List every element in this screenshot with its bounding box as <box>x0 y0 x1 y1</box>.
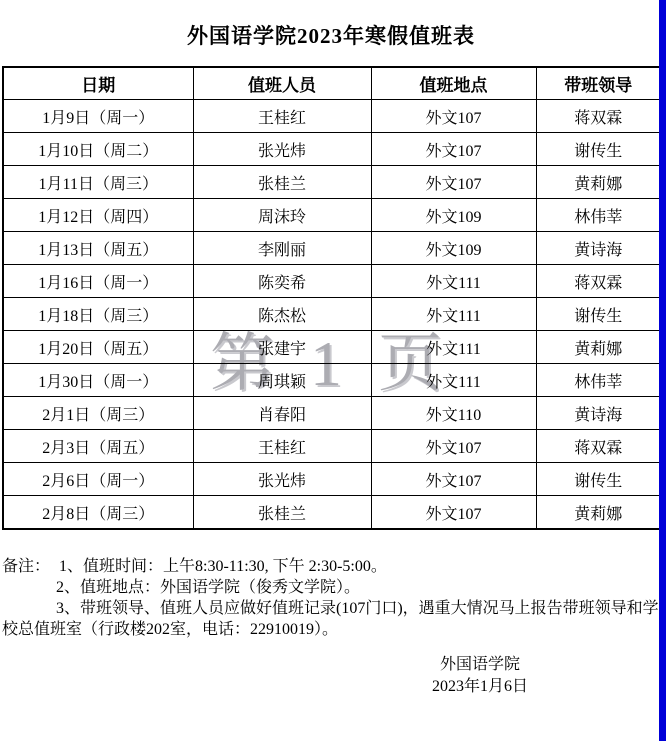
table-row: 1月18日（周三）陈杰松外文111谢传生 <box>3 298 661 331</box>
cell-location: 外文111 <box>371 364 536 397</box>
cell-leader: 谢传生 <box>536 133 661 166</box>
cell-person: 肖春阳 <box>193 397 371 430</box>
cell-date: 1月13日（周五） <box>3 232 193 265</box>
table-row: 1月12日（周四）周沫玲外文109林伟莘 <box>3 199 661 232</box>
page-title: 外国语学院2023年寒假值班表 <box>0 20 662 50</box>
signature-block: 外国语学院 2023年1月6日 <box>330 654 630 698</box>
signature-date: 2023年1月6日 <box>330 676 630 698</box>
notes-label: 备注： <box>2 558 50 575</box>
table-row: 2月8日（周三）张桂兰外文107黄莉娜 <box>3 496 661 530</box>
cell-leader: 林伟莘 <box>536 199 661 232</box>
cell-leader: 黄诗海 <box>536 232 661 265</box>
table-row: 1月20日（周五）张建宇外文111黄莉娜 <box>3 331 661 364</box>
cell-leader: 黄诗海 <box>536 397 661 430</box>
cell-location: 外文109 <box>371 199 536 232</box>
note-line: 备注：1、值班时间：上午8:30-11:30, 下午 2:30-5:00。 <box>2 556 670 577</box>
cell-leader: 黄莉娜 <box>536 166 661 199</box>
cell-date: 1月16日（周一） <box>3 265 193 298</box>
table-row: 1月9日（周一）王桂红外文107蒋双霖 <box>3 100 661 133</box>
cell-location: 外文111 <box>371 298 536 331</box>
scrollbar[interactable] <box>659 0 666 741</box>
cell-location: 外文107 <box>371 100 536 133</box>
table-row: 1月13日（周五）李刚丽外文109黄诗海 <box>3 232 661 265</box>
cell-person: 陈杰松 <box>193 298 371 331</box>
cell-date: 2月1日（周三） <box>3 397 193 430</box>
cell-location: 外文107 <box>371 463 536 496</box>
note-line: 2、值班地点：外国语学院（俊秀文学院）。 <box>2 577 670 598</box>
cell-date: 1月10日（周二） <box>3 133 193 166</box>
note-text: 1、值班时间：上午8:30-11:30, 下午 2:30-5:00。 <box>59 558 387 575</box>
table-row: 1月10日（周二）张光炜外文107谢传生 <box>3 133 661 166</box>
table-body: 1月9日（周一）王桂红外文107蒋双霖1月10日（周二）张光炜外文107谢传生1… <box>3 100 661 530</box>
cell-leader: 黄莉娜 <box>536 496 661 530</box>
cell-location: 外文107 <box>371 133 536 166</box>
duty-schedule-table: 日期值班人员值班地点带班领导 1月9日（周一）王桂红外文107蒋双霖1月10日（… <box>2 66 662 530</box>
cell-date: 1月20日（周五） <box>3 331 193 364</box>
cell-location: 外文107 <box>371 496 536 530</box>
note-line: 校总值班室（行政楼202室，电话：22910019）。 <box>2 619 670 640</box>
column-header: 值班人员 <box>193 67 371 100</box>
cell-leader: 黄莉娜 <box>536 331 661 364</box>
table-row: 2月1日（周三）肖春阳外文110黄诗海 <box>3 397 661 430</box>
table-row: 2月3日（周五）王桂红外文107蒋双霖 <box>3 430 661 463</box>
cell-person: 张桂兰 <box>193 166 371 199</box>
cell-location: 外文107 <box>371 430 536 463</box>
cell-leader: 蒋双霖 <box>536 430 661 463</box>
cell-person: 王桂红 <box>193 430 371 463</box>
cell-leader: 谢传生 <box>536 298 661 331</box>
cell-date: 1月30日（周一） <box>3 364 193 397</box>
cell-date: 1月11日（周三） <box>3 166 193 199</box>
cell-person: 张建宇 <box>193 331 371 364</box>
cell-leader: 林伟莘 <box>536 364 661 397</box>
cell-person: 张光炜 <box>193 133 371 166</box>
cell-person: 张桂兰 <box>193 496 371 530</box>
column-header: 值班地点 <box>371 67 536 100</box>
cell-location: 外文111 <box>371 331 536 364</box>
cell-date: 1月18日（周三） <box>3 298 193 331</box>
cell-person: 陈奕希 <box>193 265 371 298</box>
cell-leader: 蒋双霖 <box>536 100 661 133</box>
cell-date: 2月8日（周三） <box>3 496 193 530</box>
cell-date: 2月3日（周五） <box>3 430 193 463</box>
column-header: 带班领导 <box>536 67 661 100</box>
cell-person: 王桂红 <box>193 100 371 133</box>
column-header: 日期 <box>3 67 193 100</box>
cell-leader: 谢传生 <box>536 463 661 496</box>
cell-date: 1月9日（周一） <box>3 100 193 133</box>
cell-location: 外文107 <box>371 166 536 199</box>
cell-person: 张光炜 <box>193 463 371 496</box>
cell-location: 外文109 <box>371 232 536 265</box>
table-row: 1月30日（周一）周琪颖外文111林伟莘 <box>3 364 661 397</box>
cell-date: 1月12日（周四） <box>3 199 193 232</box>
document-page: { "page": { "title": "外国语学院2023年寒假值班表", … <box>0 0 671 741</box>
cell-person: 李刚丽 <box>193 232 371 265</box>
cell-location: 外文110 <box>371 397 536 430</box>
cell-date: 2月6日（周一） <box>3 463 193 496</box>
table-row: 2月6日（周一）张光炜外文107谢传生 <box>3 463 661 496</box>
note-line: 3、带班领导、值班人员应做好值班记录(107门口)，遇重大情况马上报告带班领导和… <box>2 598 670 619</box>
signature-org: 外国语学院 <box>330 654 630 676</box>
table-header-row: 日期值班人员值班地点带班领导 <box>3 67 661 100</box>
table-row: 1月16日（周一）陈奕希外文111蒋双霖 <box>3 265 661 298</box>
header-row: 日期值班人员值班地点带班领导 <box>3 67 661 100</box>
cell-location: 外文111 <box>371 265 536 298</box>
cell-person: 周琪颖 <box>193 364 371 397</box>
cell-leader: 蒋双霖 <box>536 265 661 298</box>
notes-block: 备注：1、值班时间：上午8:30-11:30, 下午 2:30-5:00。 2、… <box>2 556 670 640</box>
table-row: 1月11日（周三）张桂兰外文107黄莉娜 <box>3 166 661 199</box>
cell-person: 周沫玲 <box>193 199 371 232</box>
